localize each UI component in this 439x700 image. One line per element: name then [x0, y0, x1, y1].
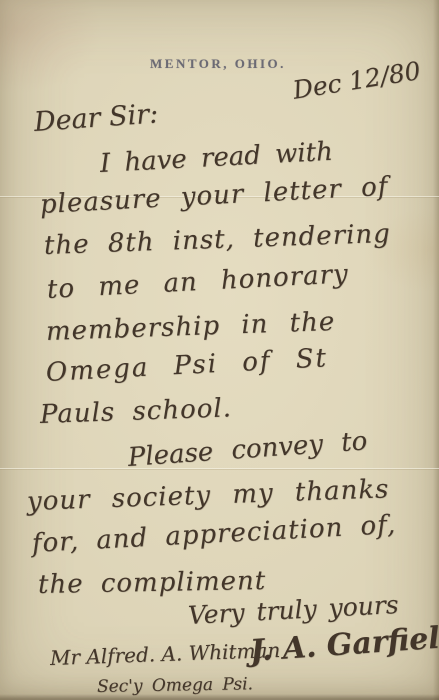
printed-letterhead: MENTOR, OHIO.: [150, 56, 286, 72]
letter-photograph: MENTOR, OHIO. Dec 12/80 Dear Sir: I have…: [0, 0, 439, 700]
addressee-name: Mr Alfred. A. Whitman: [50, 638, 281, 670]
body-line: the compliment: [38, 566, 267, 600]
body-line: Pauls school.: [39, 393, 232, 430]
salutation: Dear Sir:: [33, 98, 159, 138]
garfield-signature: J. A. Garfield.: [249, 619, 439, 669]
fold-crease-lower: [0, 468, 439, 471]
handwritten-date: Dec 12/80: [291, 56, 423, 105]
body-line: pleasure your letter of: [39, 172, 389, 220]
body-line: for, and appreciation of,: [31, 510, 397, 559]
body-line: Omega Psi of St: [45, 343, 328, 388]
body-line: to me an honorary: [46, 259, 349, 305]
body-line: your society my thanks: [26, 474, 389, 517]
body-line: I have read with: [99, 137, 333, 179]
body-line: Please convey to: [127, 426, 368, 473]
body-line: the 8th inst, tendering: [43, 219, 391, 261]
addressee-title: Sec'y Omega Psi.: [97, 674, 253, 697]
body-line: membership in the: [45, 307, 335, 347]
